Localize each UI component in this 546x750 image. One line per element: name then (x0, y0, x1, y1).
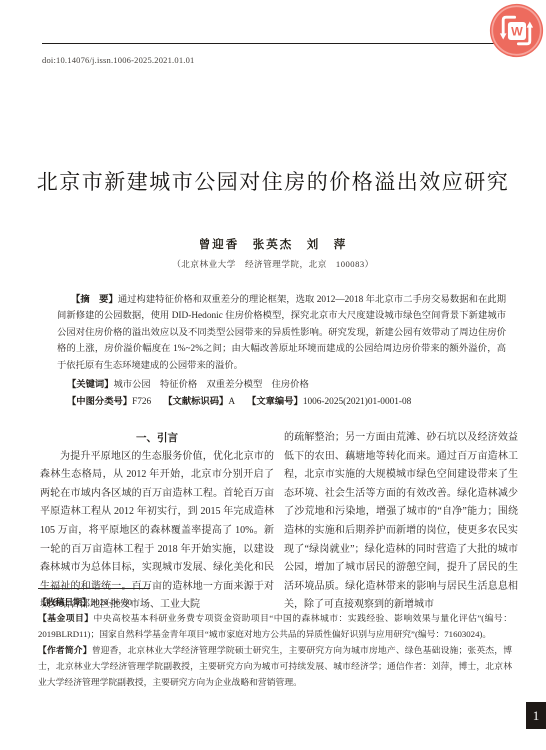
classification-line: 【中图分类号】F726【文献标识码】A【文章编号】1006-2025(2021)… (67, 393, 506, 407)
received-date-label: 【收稿日期】 (38, 597, 91, 607)
funding-text: 中央高校基本科研业务费专项资金资助项目“中国的森林城市：实践经验、影响效果与量化… (38, 613, 512, 639)
received-date-value: 2020-06-30 (91, 597, 132, 607)
keywords-label: 【关键词】 (67, 379, 114, 389)
funding-label: 【基金项目】 (38, 613, 94, 623)
article-id-label: 【文章编号】 (247, 396, 303, 406)
clc-value: F726 (132, 397, 151, 407)
doc-code-value: A (228, 397, 235, 407)
section-heading-introduction: 一、引言 (40, 429, 274, 448)
page-number-badge: 1 (526, 702, 546, 729)
doi-text: doi:10.14076/j.issn.1006-2025.2021.01.01 (42, 55, 195, 65)
author-bio-label: 【作者简介】 (38, 645, 92, 655)
authors: 曾迎香 张英杰 刘 萍 (0, 236, 546, 252)
journal-page: doi:10.14076/j.issn.1006-2025.2021.01.01… (0, 0, 546, 750)
svg-text:W: W (511, 25, 523, 39)
body-text-left: 为提升平原地区的生态服务价值，优化北京市的森林生态格局，从 2012 年开始，北… (40, 448, 274, 615)
document-convert-w-icon: W (488, 46, 545, 63)
keywords-line: 【关键词】城市公园 特征价格 双重差分模型 住房价格 (67, 376, 506, 390)
doc-code-label: 【文献标识码】 (163, 396, 228, 406)
right-column: 的疏解整治；另一方面由荒滩、砂石坑以及经济效益低下的农田、藕塘地等转化而来。通过… (284, 429, 518, 615)
abstract-paragraph: 【摘 要】通过构建特征价格和双重差分的理论框架，选取 2012—2018 年北京… (57, 291, 506, 374)
footnote-rule (38, 588, 150, 589)
received-date-line: 【收稿日期】2020-06-30 (38, 594, 512, 610)
affiliation: （北京林业大学 经济管理学院，北京 100083） (0, 258, 546, 270)
header-rule (42, 43, 508, 44)
abstract-text: 通过构建特征价格和双重差分的理论框架，选取 2012—2018 年北京市二手房交… (57, 295, 506, 371)
funding-line: 【基金项目】中央高校基本科研业务费专项资金资助项目“中国的森林城市：实践经验、影… (38, 610, 512, 642)
body-text-right: 的疏解整治；另一方面由荒滩、砂石坑以及经济效益低下的农田、藕塘地等转化而来。通过… (284, 429, 518, 615)
clc-label: 【中图分类号】 (67, 396, 132, 406)
abstract-label: 【摘 要】 (71, 294, 118, 304)
footnotes-block: 【收稿日期】2020-06-30 【基金项目】中央高校基本科研业务费专项资金资助… (38, 594, 512, 691)
author-bio-text: 曾迎香，北京林业大学经济管理学院硕士研究生，主要研究方向为城市房地产、绿色基础设… (38, 645, 512, 687)
article-id-value: 1006-2025(2021)01-0001-08 (303, 397, 411, 407)
keywords-text: 城市公园 特征价格 双重差分模型 住房价格 (114, 380, 309, 390)
page-title: 北京市新建城市公园对住房的价格溢出效应研究 (0, 166, 546, 196)
document-convert-badge[interactable]: W (488, 2, 545, 59)
author-bio-line: 【作者简介】曾迎香，北京林业大学经济管理学院硕士研究生，主要研究方向为城市房地产… (38, 642, 512, 690)
